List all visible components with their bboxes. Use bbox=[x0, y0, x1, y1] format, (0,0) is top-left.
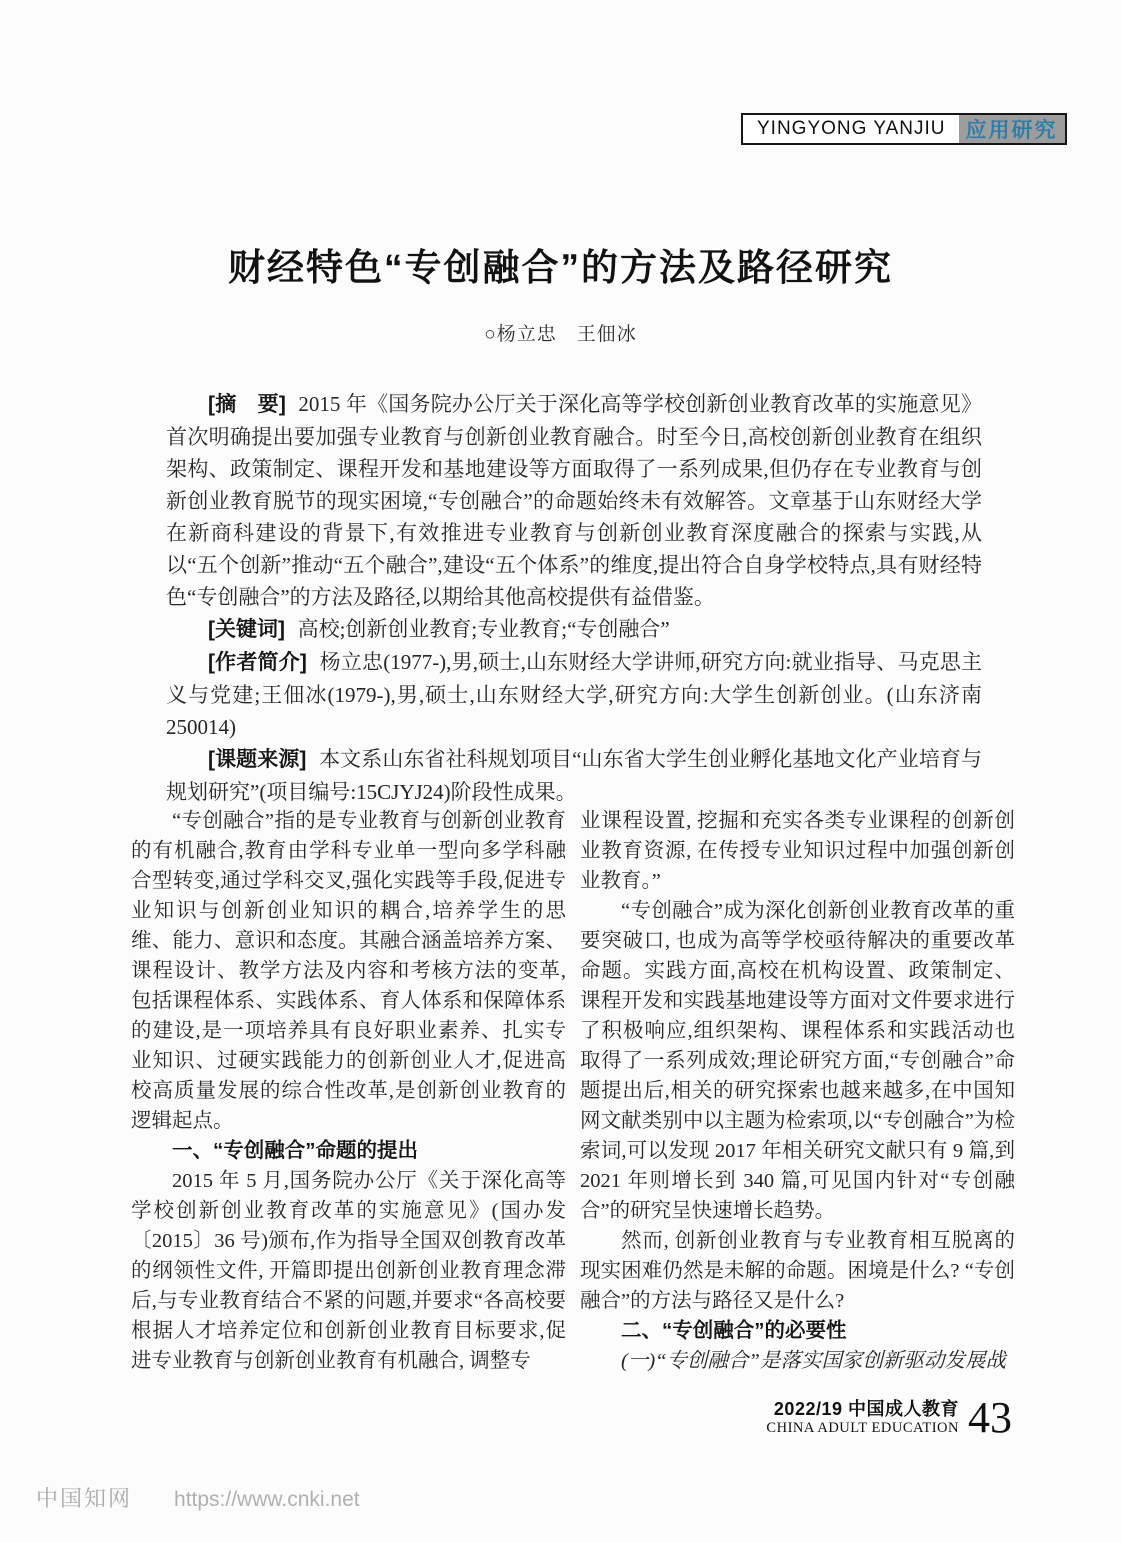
keywords-paragraph: [关键词]高校;创新创业教育;专业教育;“专创融合” bbox=[166, 613, 982, 646]
category-pinyin-label: YINGYONG YANJIU bbox=[743, 115, 959, 143]
fund-source-paragraph: [课题来源]本文系山东省社科规划项目“山东省大学生创业孵化基地文化产业培育与规划… bbox=[166, 743, 982, 808]
body-columns: “专创融合”指的是专业教育与创新创业教育的有机融合,教育由学科专业单一型向多学科… bbox=[131, 806, 1015, 1376]
author-bio-paragraph: [作者简介]杨立忠(1977-),男,硕士,山东财经大学讲师,研究方向:就业指导… bbox=[166, 646, 982, 743]
body-paragraph: 业课程设置, 挖掘和充实各类专业课程的创新创业教育资源, 在传授专业知识过程中加… bbox=[580, 806, 1015, 896]
author-bio-label: [作者简介] bbox=[208, 651, 307, 674]
right-column: 业课程设置, 挖掘和充实各类专业课程的创新创业教育资源, 在传授专业知识过程中加… bbox=[580, 806, 1015, 1376]
body-paragraph: 然而, 创新创业教育与专业教育相互脱离的现实困难仍然是未解的命题。困境是什么? … bbox=[580, 1226, 1015, 1316]
journal-name-block: 2022/19 中国成人教育 CHINA ADULT EDUCATION bbox=[766, 1399, 959, 1436]
category-cn-label: 应用研究 bbox=[959, 115, 1065, 143]
cnki-url: https://www.cnki.net bbox=[174, 1488, 360, 1512]
cnki-watermark: 中国知网 https://www.cnki.net bbox=[36, 1482, 360, 1513]
abstract-label: [摘 要] bbox=[208, 393, 286, 416]
section-heading-1: 一、“专创融合”命题的提出 bbox=[131, 1136, 566, 1166]
abstract-paragraph: [摘 要]2015 年《国务院办公厅关于深化高等学校创新创业教育改革的实施意见》… bbox=[166, 388, 982, 613]
journal-issue-cn: 2022/19 中国成人教育 bbox=[766, 1399, 959, 1420]
cnki-site-name: 中国知网 bbox=[36, 1482, 132, 1513]
subsection-heading: (一)“专创融合”是落实国家创新驱动发展战 bbox=[580, 1346, 1015, 1376]
left-column: “专创融合”指的是专业教育与创新创业教育的有机融合,教育由学科专业单一型向多学科… bbox=[131, 806, 566, 1376]
body-paragraph: “专创融合”指的是专业教育与创新创业教育的有机融合,教育由学科专业单一型向多学科… bbox=[131, 806, 566, 1136]
fund-source-label: [课题来源] bbox=[208, 748, 306, 771]
article-title: 财经特色“专创融合”的方法及路径研究 bbox=[0, 237, 1121, 291]
article-meta-block: [摘 要]2015 年《国务院办公厅关于深化高等学校创新创业教育改革的实施意见》… bbox=[166, 388, 982, 808]
body-paragraph: “专创融合”成为深化创新创业教育改革的重要突破口, 也成为高等学校亟待解决的重要… bbox=[580, 896, 1015, 1226]
keywords-text: 高校;创新创业教育;专业教育;“专创融合” bbox=[298, 617, 670, 641]
journal-page: YINGYONG YANJIU 应用研究 财经特色“专创融合”的方法及路径研究 … bbox=[0, 0, 1121, 1543]
abstract-text: 2015 年《国务院办公厅关于深化高等学校创新创业教育改革的实施意见》首次明确提… bbox=[166, 392, 982, 609]
category-tag: YINGYONG YANJIU 应用研究 bbox=[741, 113, 1067, 145]
page-number: 43 bbox=[968, 1396, 1012, 1440]
journal-name-en: CHINA ADULT EDUCATION bbox=[766, 1420, 959, 1437]
body-paragraph: 2015 年 5 月,国务院办公厅《关于深化高等学校创新创业教育改革的实施意见》… bbox=[131, 1166, 566, 1376]
article-authors: ○杨立忠 王佃冰 bbox=[0, 319, 1121, 346]
section-heading-2: 二、“专创融合”的必要性 bbox=[580, 1316, 1015, 1346]
journal-footer: 2022/19 中国成人教育 CHINA ADULT EDUCATION 43 bbox=[766, 1396, 1012, 1440]
keywords-label: [关键词] bbox=[208, 618, 285, 641]
